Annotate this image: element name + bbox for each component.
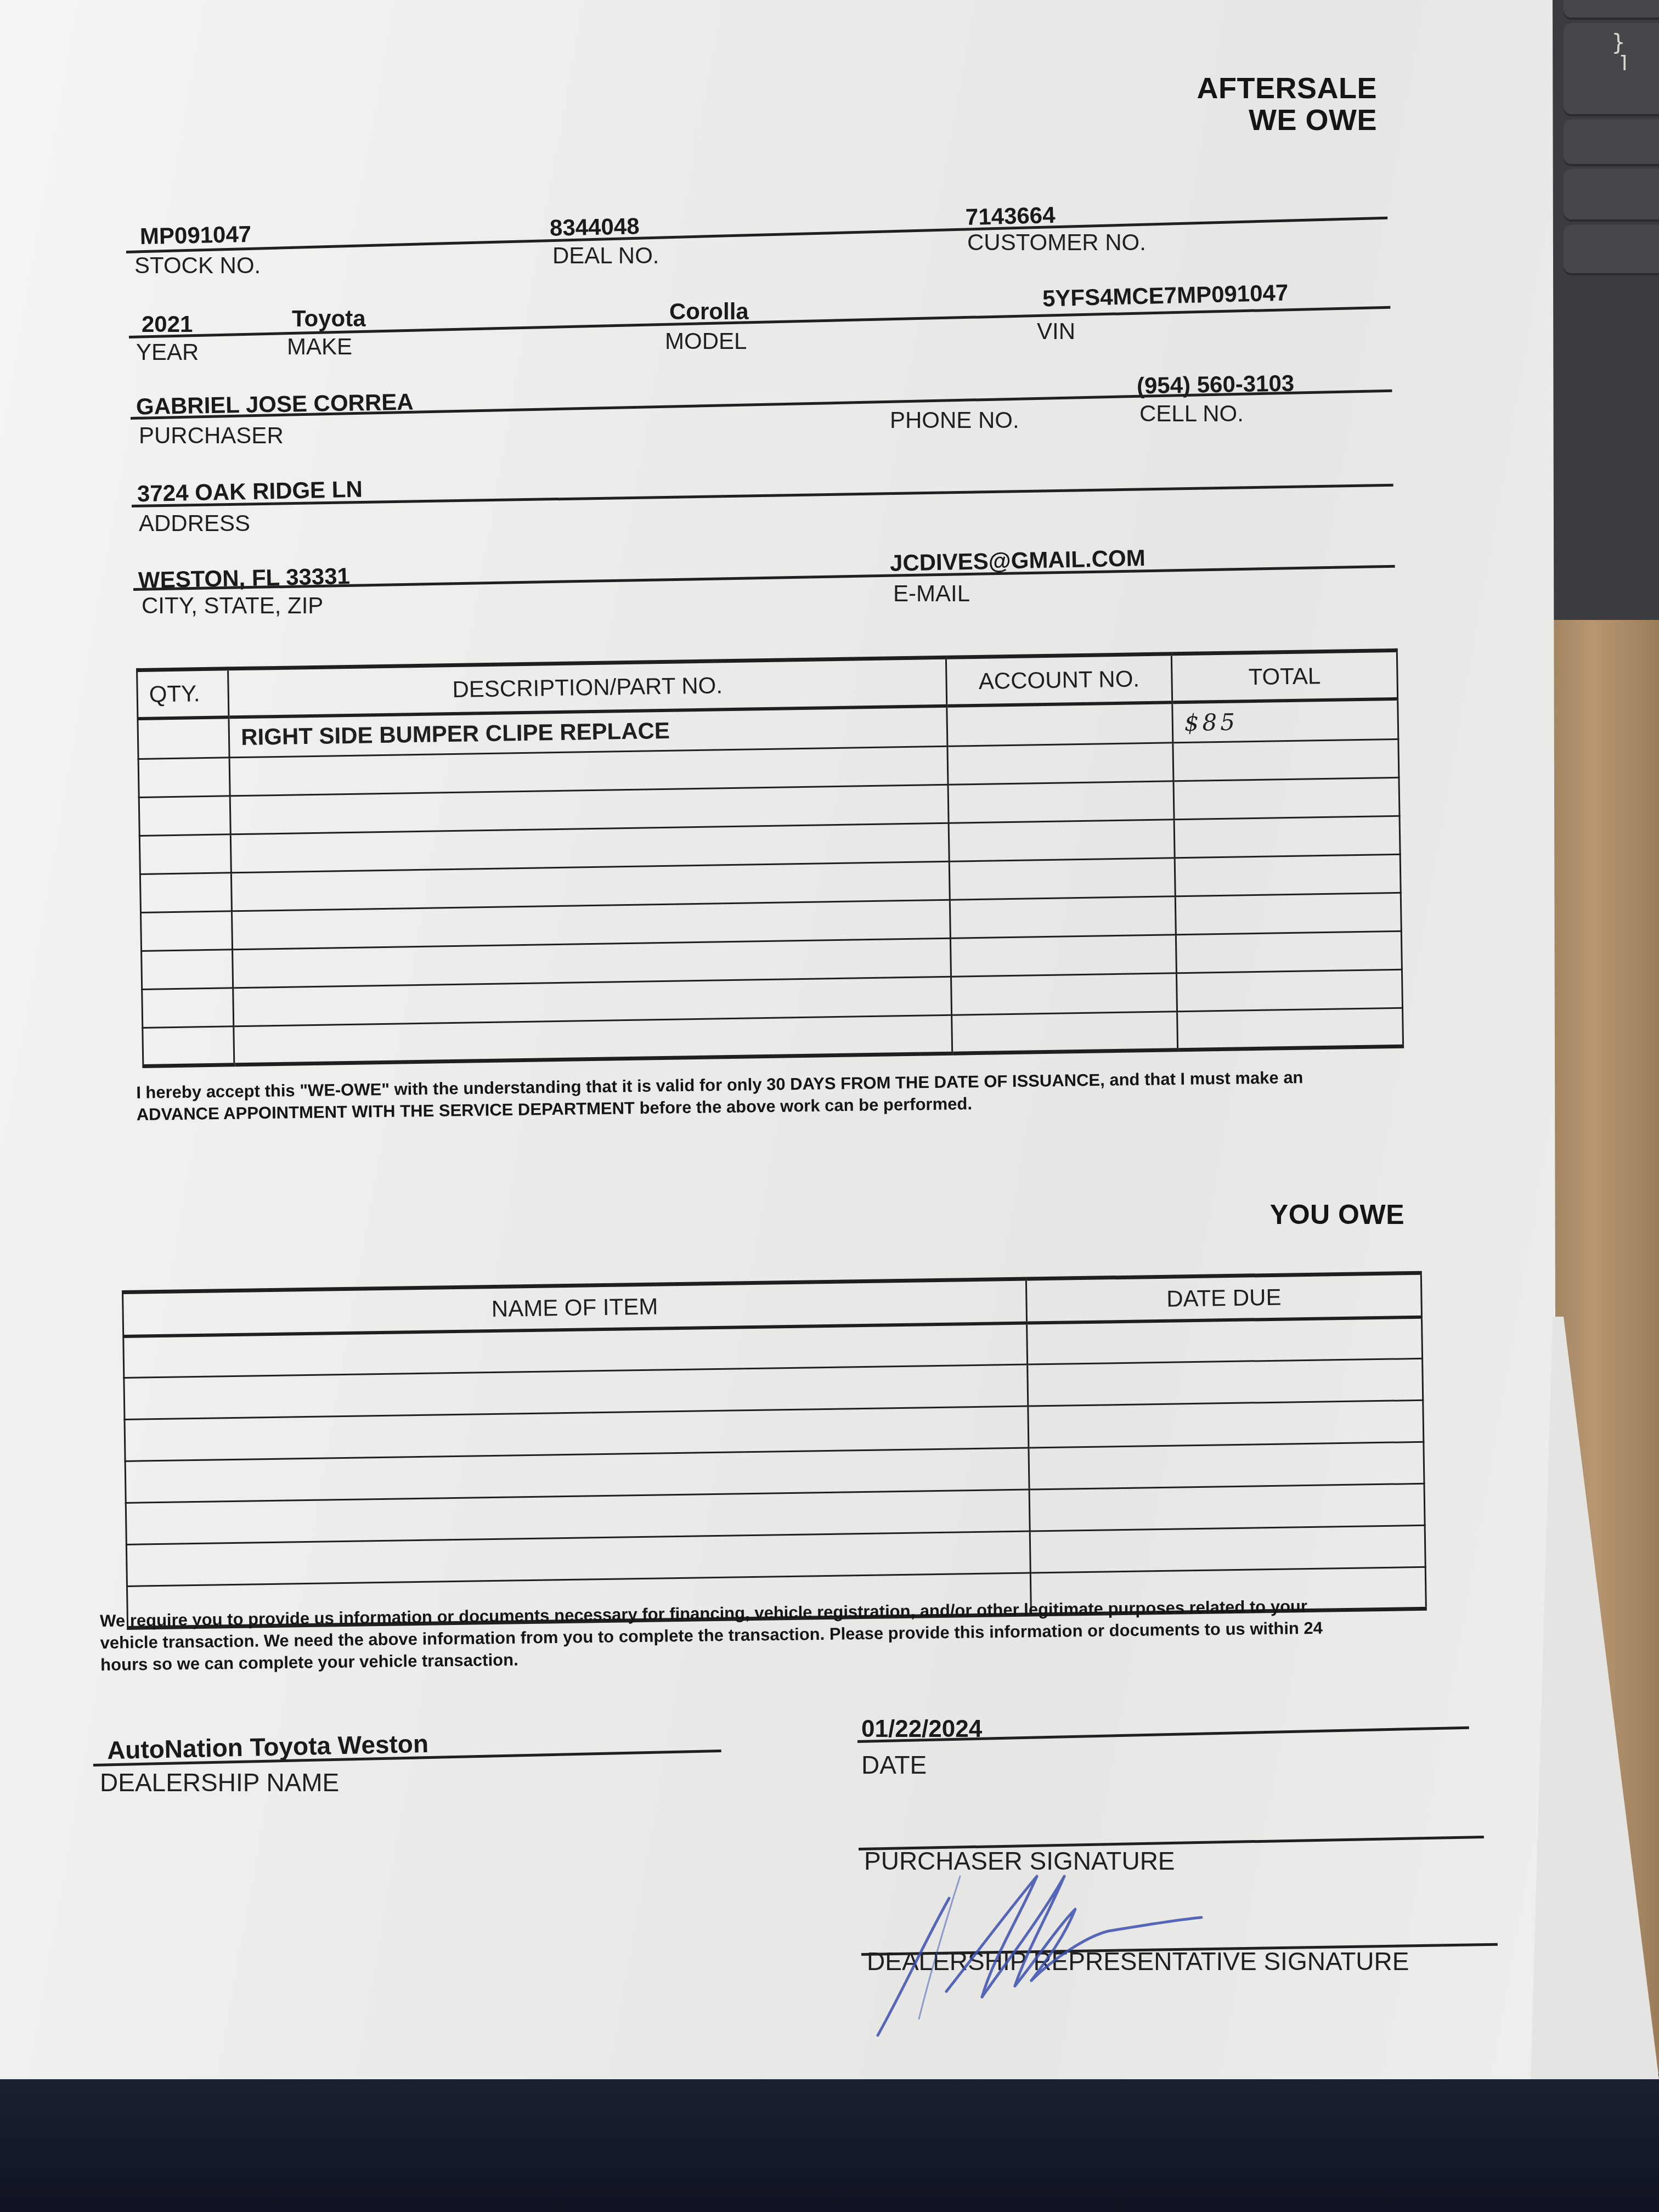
stock-no-value: MP091047 [140, 221, 252, 250]
header-total: TOTAL [1171, 650, 1397, 702]
form-title-aftersale: AFTERSALE [1197, 71, 1378, 105]
dealership-rep-signature-ink [856, 1854, 1350, 2041]
keyboard-key [1564, 0, 1659, 20]
vin-label: VIN [1037, 318, 1075, 345]
account-no-cell[interactable] [951, 1012, 1177, 1053]
qty-cell[interactable] [143, 1026, 234, 1066]
qty-cell[interactable] [138, 717, 229, 759]
header-date-due: DATE DUE [1026, 1273, 1421, 1323]
you-owe-title: YOU OWE [1270, 1199, 1404, 1231]
header-account-no: ACCOUNT NO. [946, 654, 1172, 706]
date-due-cell[interactable] [1029, 1483, 1425, 1531]
header-qty: QTY. [137, 669, 229, 719]
qty-cell[interactable] [142, 950, 233, 990]
qty-cell[interactable] [139, 796, 230, 836]
city-state-zip-label: CITY, STATE, ZIP [142, 592, 323, 619]
field-underline [126, 217, 1387, 253]
address-label: ADDRESS [139, 510, 250, 537]
total-cell[interactable] [1176, 969, 1402, 1011]
date-due-cell[interactable] [1027, 1317, 1423, 1364]
account-no-cell[interactable] [949, 820, 1175, 861]
deal-no-label: DEAL NO. [552, 242, 659, 269]
qty-cell[interactable] [139, 834, 231, 874]
we-owe-disclaimer: I hereby accept this "WE-OWE" with the u… [136, 1066, 1304, 1126]
keyboard: } ] [1547, 0, 1659, 625]
customer-no-label: CUSTOMER NO. [967, 229, 1146, 256]
date-label: DATE [861, 1750, 927, 1780]
account-no-cell[interactable] [947, 743, 1173, 785]
year-value: 2021 [142, 311, 193, 337]
you-owe-table: NAME OF ITEM DATE DUE [122, 1271, 1427, 1630]
date-due-cell[interactable] [1028, 1400, 1424, 1448]
date-due-cell[interactable] [1029, 1442, 1424, 1489]
total-cell[interactable] [1174, 816, 1400, 857]
year-label: YEAR [136, 339, 199, 365]
total-cell[interactable] [1176, 931, 1402, 973]
qty-cell[interactable] [140, 873, 232, 913]
account-no-cell[interactable] [950, 896, 1176, 938]
make-label: MAKE [287, 334, 352, 360]
we-owe-form: AFTERSALE WE OWE MP091047 8344048 714366… [0, 0, 1558, 2079]
date-due-cell[interactable] [1030, 1525, 1425, 1573]
model-value: Corolla [669, 298, 749, 325]
qty-cell[interactable] [138, 758, 230, 798]
account-no-cell[interactable] [950, 935, 1176, 977]
floor-background [0, 2074, 1659, 2212]
phone-no-label: PHONE NO. [890, 407, 1019, 433]
total-cell[interactable] [1173, 777, 1400, 819]
model-label: MODEL [665, 328, 747, 354]
total-cell[interactable] [1173, 739, 1399, 781]
form-title-we-owe: WE OWE [1249, 103, 1377, 137]
keyboard-key [1564, 70, 1659, 116]
we-owe-table: QTY. DESCRIPTION/PART NO. ACCOUNT NO. TO… [136, 648, 1404, 1068]
date-due-cell[interactable] [1028, 1358, 1423, 1406]
qty-cell[interactable] [142, 988, 234, 1028]
total-cell[interactable] [1175, 893, 1401, 934]
total-cell-handwritten[interactable]: $85 [1172, 698, 1398, 742]
brace-glyph: } [1612, 32, 1625, 54]
keyboard-key [1564, 120, 1659, 166]
vin-value: 5YFS4MCE7MP091047 [1042, 280, 1288, 312]
purchaser-label: PURCHASER [139, 422, 284, 449]
make-value: Toyota [292, 306, 366, 332]
dealership-name-label: DEALERSHIP NAME [100, 1768, 339, 1797]
account-no-cell[interactable] [949, 858, 1175, 900]
stock-no-label: STOCK NO. [134, 252, 261, 279]
account-no-cell[interactable] [948, 781, 1174, 823]
cell-no-label: CELL NO. [1139, 400, 1244, 427]
account-no-cell[interactable] [947, 702, 1173, 746]
qty-cell[interactable] [140, 911, 232, 951]
total-cell[interactable] [1177, 1008, 1403, 1049]
email-label: E-MAIL [893, 580, 970, 607]
keyboard-key [1564, 225, 1659, 275]
keyboard-key [1564, 169, 1659, 222]
total-cell[interactable] [1175, 854, 1401, 896]
account-no-cell[interactable] [951, 973, 1177, 1015]
